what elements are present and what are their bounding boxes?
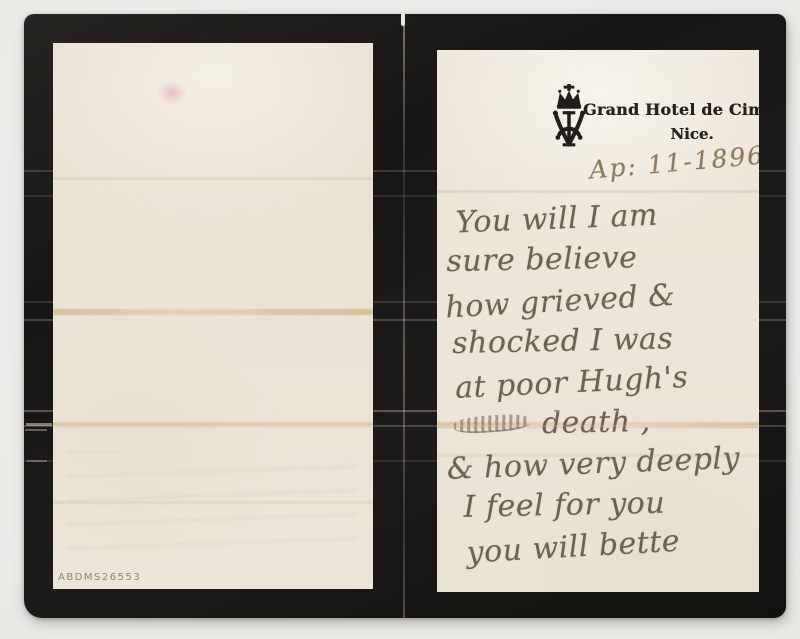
fold-top-notch: [401, 13, 405, 26]
catalog-number: ABDMS26553: [58, 572, 141, 583]
centre-fold-line: [403, 14, 405, 618]
hotel-name: Grand Hotel de Cimiez,: [583, 100, 759, 119]
fold-crease-stain: [53, 177, 373, 180]
hotel-city: Nice.: [583, 125, 759, 143]
fold-crease-stain: [53, 309, 373, 315]
border-wear-mark: [27, 460, 47, 462]
pink-ink-smudge: [157, 81, 187, 105]
letter-back-page: ABDMS26553: [53, 43, 373, 589]
fold-crease-stain: [53, 422, 373, 427]
letter-photograph: ABDMS26553: [0, 0, 800, 639]
border-wear-mark: [25, 429, 47, 431]
letterhead-text: Grand Hotel de Cimiez, Nice.: [583, 100, 759, 143]
handwriting-line-text: death ,: [542, 404, 652, 441]
letter-front-page: Grand Hotel de Cimiez, Nice. Ap: 11-1896…: [437, 50, 759, 592]
border-wear-mark: [26, 423, 52, 426]
ink-show-through: [67, 451, 357, 551]
crossed-out-word: [453, 412, 530, 435]
handwritten-body: You will I am sure believe how grieved &…: [441, 194, 759, 569]
mourning-letter-card: ABDMS26553: [24, 14, 786, 618]
